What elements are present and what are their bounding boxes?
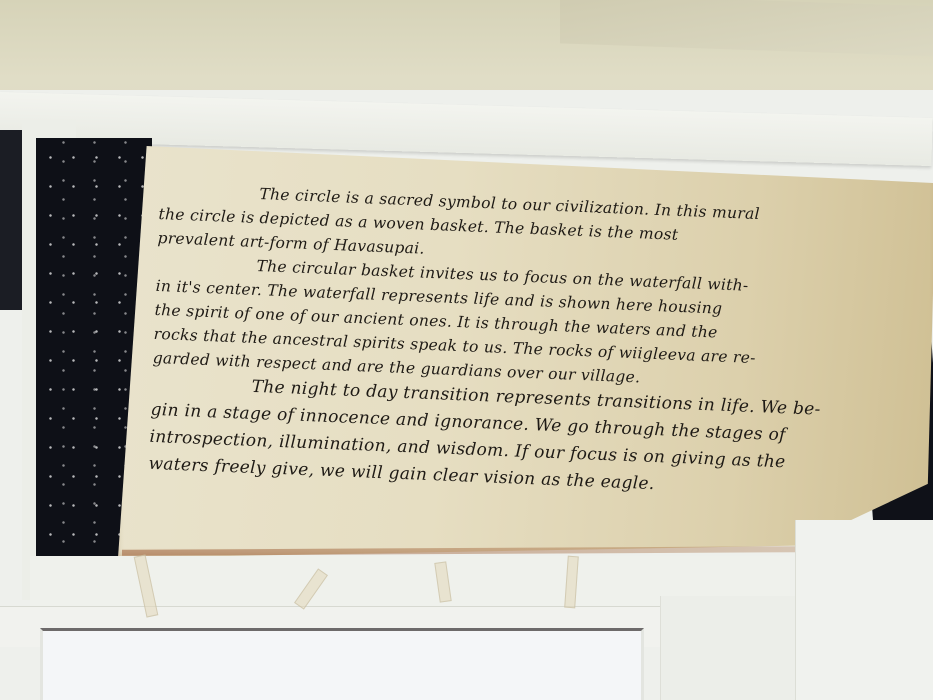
right-jamb <box>660 596 801 700</box>
door <box>40 628 644 700</box>
right-wall <box>795 520 933 700</box>
sign-text: The circle is a sacred symbol to our civ… <box>146 178 899 547</box>
dark-opening <box>0 130 22 310</box>
